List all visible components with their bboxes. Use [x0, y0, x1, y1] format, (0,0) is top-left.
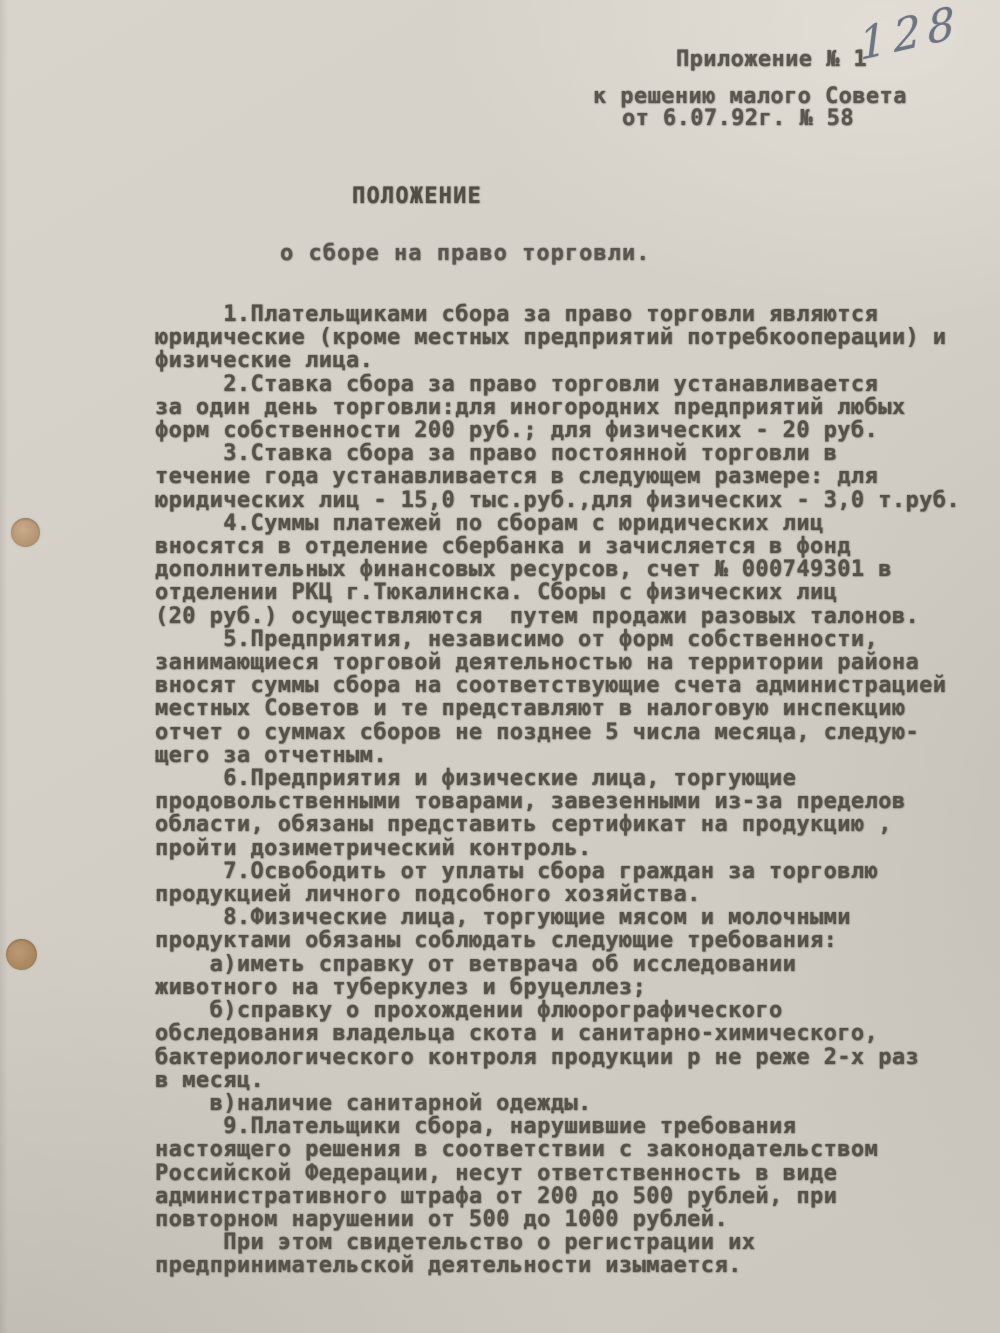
document-body: 1.Плательщиками сбора за право торговли …: [155, 303, 1000, 1278]
document-line: животного на туберкулез и бруцеллез;: [155, 976, 1000, 999]
document-line: продукцией личного подсобного хозяйства.: [155, 883, 1000, 906]
hole-punch-bottom: [6, 939, 37, 970]
scanned-document-page: 128 Приложение № 1 к решению малого Сове…: [0, 0, 1000, 1333]
document-line: юридические (кроме местных предприятий п…: [155, 326, 1000, 349]
document-line: юридических лиц - 15,0 тыс.руб.,для физи…: [155, 489, 1000, 512]
document-line: в месяц.: [155, 1069, 1000, 1092]
document-line: щего за отчетным.: [155, 744, 1000, 767]
document-line: продовольственными товарами, завезенными…: [155, 790, 1000, 813]
appendix-header-line-1: Приложение № 1: [676, 48, 867, 71]
hole-punch-top: [11, 518, 40, 547]
document-line: вносятся в отделение сбербанка и зачисля…: [155, 535, 1000, 558]
document-line: за один день торговли:для иногородних пр…: [155, 396, 1000, 419]
document-line: Российской Федерации, несут ответственно…: [155, 1162, 1000, 1185]
document-line: отделении РКЦ г.Тюкалинска. Сборы с физи…: [155, 581, 1000, 604]
document-line: 6.Предприятия и физические лица, торгующ…: [155, 767, 1000, 790]
document-line: 8.Физические лица, торгующие мясом и мол…: [155, 906, 1000, 929]
document-line: 9.Плательщики сбора, нарушившие требован…: [155, 1115, 1000, 1138]
document-line: бактериологического контроля продукции р…: [155, 1046, 1000, 1069]
document-line: физические лица.: [155, 349, 1000, 372]
document-line: области, обязаны представить сертификат …: [155, 813, 1000, 836]
document-line: повторном нарушении от 500 до 1000 рубле…: [155, 1208, 1000, 1231]
document-line: 5.Предприятия, независимо от форм собств…: [155, 628, 1000, 651]
handwritten-page-number: 128: [858, 0, 963, 71]
document-line: в)наличие санитарной одежды.: [155, 1092, 1000, 1115]
document-line: 2.Ставка сбора за право торговли устанав…: [155, 373, 1000, 396]
document-line: 4.Суммы платежей по сборам с юридических…: [155, 512, 1000, 535]
document-line: отчет о суммах сборов не позднее 5 числа…: [155, 721, 1000, 744]
document-line: (20 руб.) осуществляются путем продажи р…: [155, 605, 1000, 628]
document-subtitle: о сборе на право торговли.: [280, 242, 650, 265]
document-line: местных Советов и те представляют в нало…: [155, 697, 1000, 720]
document-line: пройти дозиметрический контроль.: [155, 837, 1000, 860]
document-line: 7.Освободить от уплаты сбора граждан за …: [155, 860, 1000, 883]
document-line: 3.Ставка сбора за право постоянной торго…: [155, 442, 1000, 465]
page-left-edge-shading: [0, 0, 8, 1333]
document-line: а)иметь справку от ветврача об исследова…: [155, 953, 1000, 976]
document-title: ПОЛОЖЕНИЕ: [352, 185, 482, 208]
appendix-header-line-2: к решению малого Совета: [593, 85, 907, 108]
document-line: настоящего решения в соответствии с зако…: [155, 1138, 1000, 1161]
document-line: предпринимательской деятельности изымает…: [155, 1254, 1000, 1277]
document-line: При этом свидетельство о регистрации их: [155, 1231, 1000, 1254]
document-line: дополнительных финансовых ресурсов, счет…: [155, 558, 1000, 581]
document-line: вносят суммы сбора на соответствующие сч…: [155, 674, 1000, 697]
document-line: течение года устанавливается в следующем…: [155, 465, 1000, 488]
document-line: форм собственности 200 руб.; для физичес…: [155, 419, 1000, 442]
document-line: 1.Плательщиками сбора за право торговли …: [155, 303, 1000, 326]
document-line: административного штрафа от 200 до 500 р…: [155, 1185, 1000, 1208]
document-line: продуктами обязаны соблюдать следующие т…: [155, 929, 1000, 952]
appendix-header-line-3: от 6.07.92г. № 58: [622, 107, 854, 130]
document-line: занимающиеся торговой деятельностью на т…: [155, 651, 1000, 674]
document-line: б)справку о прохождении флюорографическо…: [155, 999, 1000, 1022]
document-line: обследования владельца скота и санитарно…: [155, 1022, 1000, 1045]
